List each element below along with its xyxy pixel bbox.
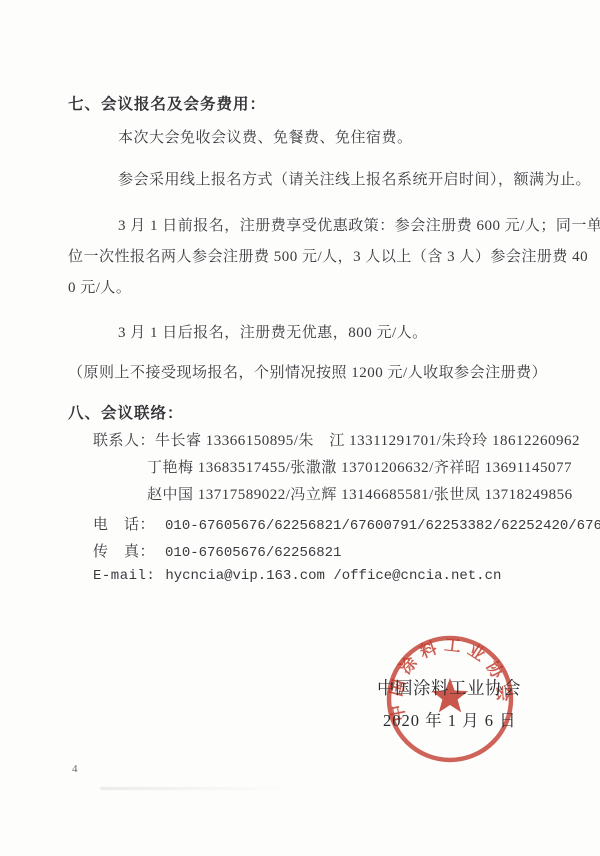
early-registration-line-3: 0 元/人。	[68, 276, 131, 297]
email-label: E-mail:	[93, 568, 155, 584]
early-registration-line-2: 位一次性报名两人参会注册费 500 元/人，3 人以上（含 3 人）参会注册费 …	[68, 245, 588, 266]
scanned-document-page: 七、会议报名及会务费用： 本次大会免收会议费、免餐费、免住宿费。 参会采用线上报…	[0, 0, 600, 856]
contacts-row-1-value: 牛长睿 13366150895/朱 江 13311291701/朱玲玲 1861…	[155, 433, 580, 449]
phone-label: 电 话：	[93, 517, 155, 533]
fax-label: 传 真：	[93, 544, 155, 560]
online-registration-line: 参会采用线上报名方式（请关注线上报名系统开启时间），额满为止。	[118, 168, 591, 189]
fees-free-line: 本次大会免收会议费、免餐费、免住宿费。	[118, 126, 413, 147]
scan-artifact	[100, 787, 290, 790]
fax-row: 传 真：010-67605676/62256821	[93, 540, 341, 561]
onsite-registration-note: （原则上不接受现场报名，个别情况按照 1200 元/人收取参会注册费）	[68, 361, 547, 382]
section-8-heading: 八、会议联络：	[68, 401, 184, 423]
contacts-row-3: 赵中国 13717589022/冯立辉 13146685581/张世凤 1371…	[147, 483, 573, 504]
signature-organization: 中国涂料工业协会	[377, 675, 521, 700]
phone-numbers: 010-67605676/62256821/67600791/62253382/…	[165, 518, 600, 534]
contacts-row-2: 丁艳梅 13683517455/张潵潵 13701206632/齐祥昭 1369…	[147, 456, 572, 477]
signature-date: 2020 年 1 月 6 日	[383, 707, 517, 731]
section-7-heading: 七、会议报名及会务费用：	[68, 92, 266, 114]
fax-numbers: 010-67605676/62256821	[165, 545, 341, 561]
early-registration-line-1: 3 月 1 日前报名，注册费享受优惠政策：参会注册费 600 元/人；同一单	[118, 214, 600, 235]
email-addresses: hycncia@vip.163.com /office@cncia.net.cn	[165, 568, 501, 584]
phone-row: 电 话：010-67605676/62256821/67600791/62253…	[93, 513, 600, 534]
late-registration-line: 3 月 1 日后报名，注册费无优惠，800 元/人。	[118, 321, 428, 342]
contacts-row-1: 联系人：牛长睿 13366150895/朱 江 13311291701/朱玲玲 …	[93, 429, 580, 450]
page-number: 4	[72, 763, 78, 775]
contacts-label: 联系人：	[93, 433, 155, 449]
email-row: E-mail:hycncia@vip.163.com /office@cncia…	[93, 567, 501, 584]
